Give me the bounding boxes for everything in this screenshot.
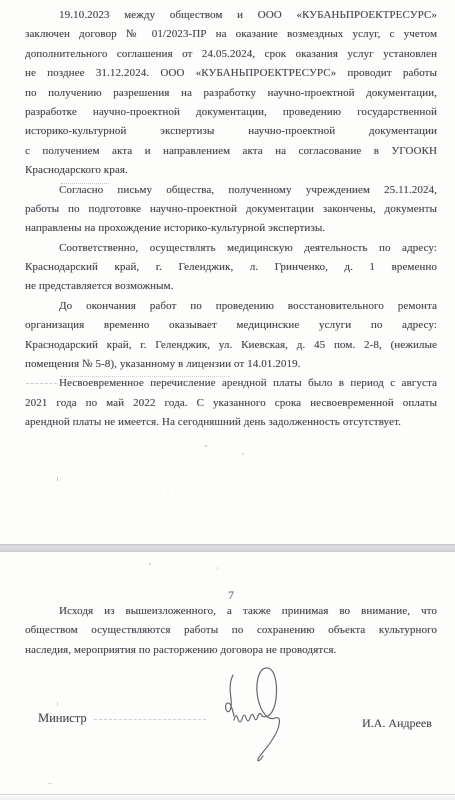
text-line: 2021 года по май 2022 года. С указанного… [25, 394, 437, 413]
next-page-edge [0, 794, 455, 800]
page2-text: Исходя из вышеизложенного, а также прини… [25, 602, 437, 660]
scan-speck [242, 453, 244, 455]
text-line: работы по подготовке научно-проектной до… [25, 200, 437, 219]
text-line: 19.10.2023 между обществом и ООО «КУБАНЬ… [25, 6, 437, 25]
text-line: направлены на прохождение историко-культ… [25, 219, 437, 238]
scan-speck [57, 477, 58, 481]
text-line: не позднее 31.12.2024. ООО «КУБАНЬПРОЕКТ… [25, 64, 437, 83]
scan-speck [57, 702, 58, 706]
scan-speck [167, 490, 169, 491]
paragraph: Исходя из вышеизложенного, а также прини… [25, 602, 437, 660]
text-line: историко-культурной экспертизы научно-пр… [25, 122, 437, 141]
text-line: с получением акта и направлением акта на… [25, 142, 437, 161]
text-line: не представляется возможным. [25, 277, 437, 296]
page-number: 7 [25, 588, 437, 603]
text-line: До окончания работ по проведению восстан… [25, 297, 437, 316]
signer-name: И.А. Андреев [362, 716, 432, 731]
handwritten-signature [216, 661, 298, 771]
scan-speck [149, 563, 151, 565]
paragraph: До окончания работ по проведению восстан… [25, 297, 437, 375]
text-line: Краснодарский край, г. Геленджик, ул. Ки… [25, 336, 437, 355]
text-line: Краснодарский край, г. Геленджик, л. Гри… [25, 258, 437, 277]
paragraph: Соответственно, осуществлять медицинскую… [25, 239, 437, 297]
text-line: обществом осуществляются работы по сохра… [25, 621, 437, 640]
scan-speck [48, 783, 52, 784]
text-line: Краснодарского края. [25, 161, 437, 180]
text-line: заключен договор № 01/2023-ПР на оказани… [25, 25, 437, 44]
text-line: Согласно письму общества, полученному уч… [25, 181, 437, 200]
text-line: разработке научно-проектной документации… [25, 103, 437, 122]
text-line: Исходя из вышеизложенного, а также прини… [25, 602, 437, 621]
paragraph: 19.10.2023 между обществом и ООО «КУБАНЬ… [25, 6, 437, 181]
text-line: организация временно оказывает медицинск… [25, 316, 437, 335]
scanned-document-view: 19.10.2023 между обществом и ООО «КУБАНЬ… [0, 0, 455, 800]
text-line: Несвоевременное перечисление арендной пл… [25, 374, 437, 393]
scan-speck [217, 567, 218, 570]
text-line: арендной платы не имеется. На сегодняшни… [25, 413, 437, 432]
paragraph: Несвоевременное перечисление арендной пл… [25, 374, 437, 432]
paragraph: Согласно письму общества, полученному уч… [25, 181, 437, 239]
text-line: по получению разрешения на разработку на… [25, 84, 437, 103]
text-line: дополнительного соглашения от 24.05.2024… [25, 45, 437, 64]
page-break-divider [0, 544, 455, 552]
scan-speck [205, 445, 207, 447]
text-line: помещения № 5-8), указанному в лицензии … [25, 355, 437, 374]
signature-dotted-trail [94, 719, 206, 720]
text-line: наследия, мероприятия по расторжению дог… [25, 641, 437, 660]
page1-text: 19.10.2023 между обществом и ООО «КУБАНЬ… [25, 6, 437, 433]
signer-title: Министр [38, 711, 87, 726]
text-line: Соответственно, осуществлять медицинскую… [25, 239, 437, 258]
